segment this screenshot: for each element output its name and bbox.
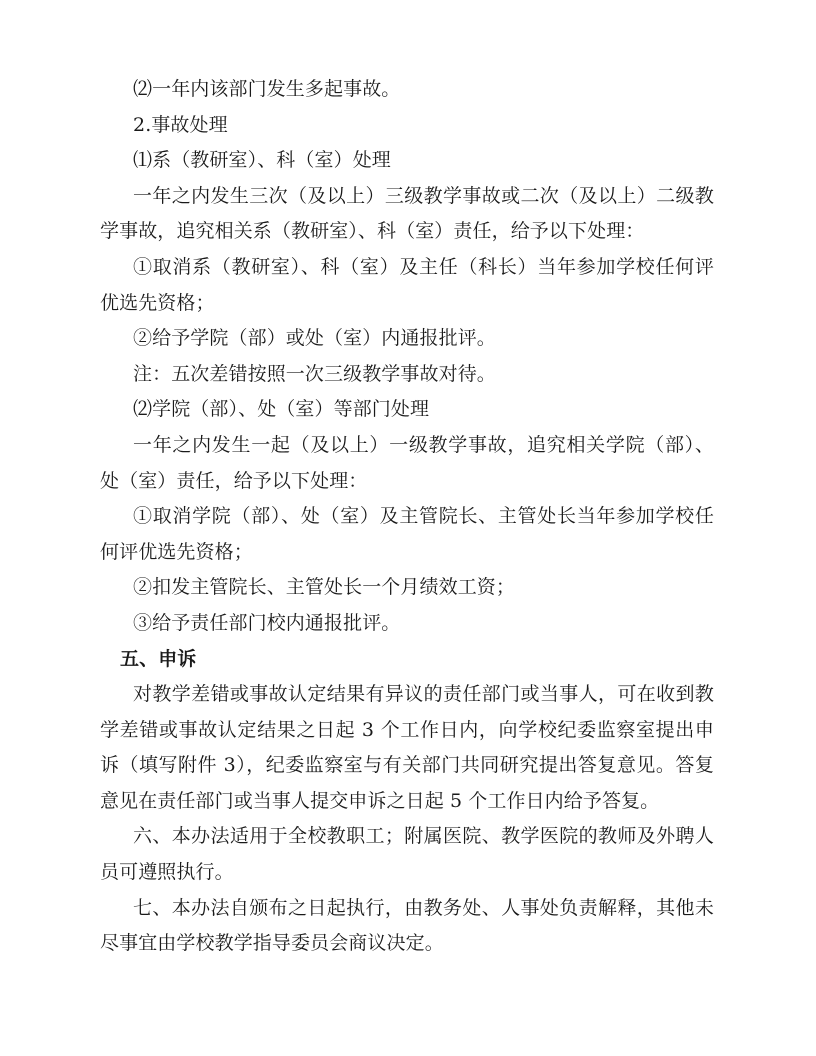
paragraph-department-penalty-1: ①取消系（教研室）、科（室）及主任（科长）当年参加学校任何评优选先资格； xyxy=(100,250,714,321)
paragraph-college-penalty-3: ③给予责任部门校内通报批评。 xyxy=(100,606,714,642)
paragraph-item-2-condition: ⑵一年内该部门发生多起事故。 xyxy=(100,72,714,108)
section-accident-handling: 2.事故处理 xyxy=(100,108,714,144)
paragraph-college-penalty-2: ②扣发主管院长、主管处长一个月绩效工资； xyxy=(100,570,714,606)
subsection-department-handling: ⑴系（教研室）、科（室）处理 xyxy=(100,143,714,179)
paragraph-scope: 六、本办法适用于全校教职工；附属医院、教学医院的教师及外聘人员可遵照执行。 xyxy=(100,819,714,890)
document-page: ⑵一年内该部门发生多起事故。 2.事故处理 ⑴系（教研室）、科（室）处理 一年之… xyxy=(100,72,714,962)
paragraph-appeal: 对教学差错或事故认定结果有异议的责任部门或当事人，可在收到教学差错或事故认定结果… xyxy=(100,677,714,819)
paragraph-college-penalty-1: ①取消学院（部）、处（室）及主管院长、主管处长当年参加学校任何评优选先资格； xyxy=(100,499,714,570)
section-heading-appeal: 五、申诉 xyxy=(100,642,714,678)
paragraph-department-rule: 一年之内发生三次（及以上）三级教学事故或二次（及以上）二级教学事故，追究相关系（… xyxy=(100,179,714,250)
paragraph-college-rule: 一年之内发生一起（及以上）一级教学事故，追究相关学院（部）、处（室）责任，给予以… xyxy=(100,428,714,499)
paragraph-effective: 七、本办法自颁布之日起执行，由教务处、人事处负责解释，其他未尽事宜由学校教学指导… xyxy=(100,891,714,962)
paragraph-department-penalty-2: ②给予学院（部）或处（室）内通报批评。 xyxy=(100,321,714,357)
subsection-college-handling: ⑵学院（部）、处（室）等部门处理 xyxy=(100,392,714,428)
paragraph-note: 注：五次差错按照一次三级教学事故对待。 xyxy=(100,357,714,393)
